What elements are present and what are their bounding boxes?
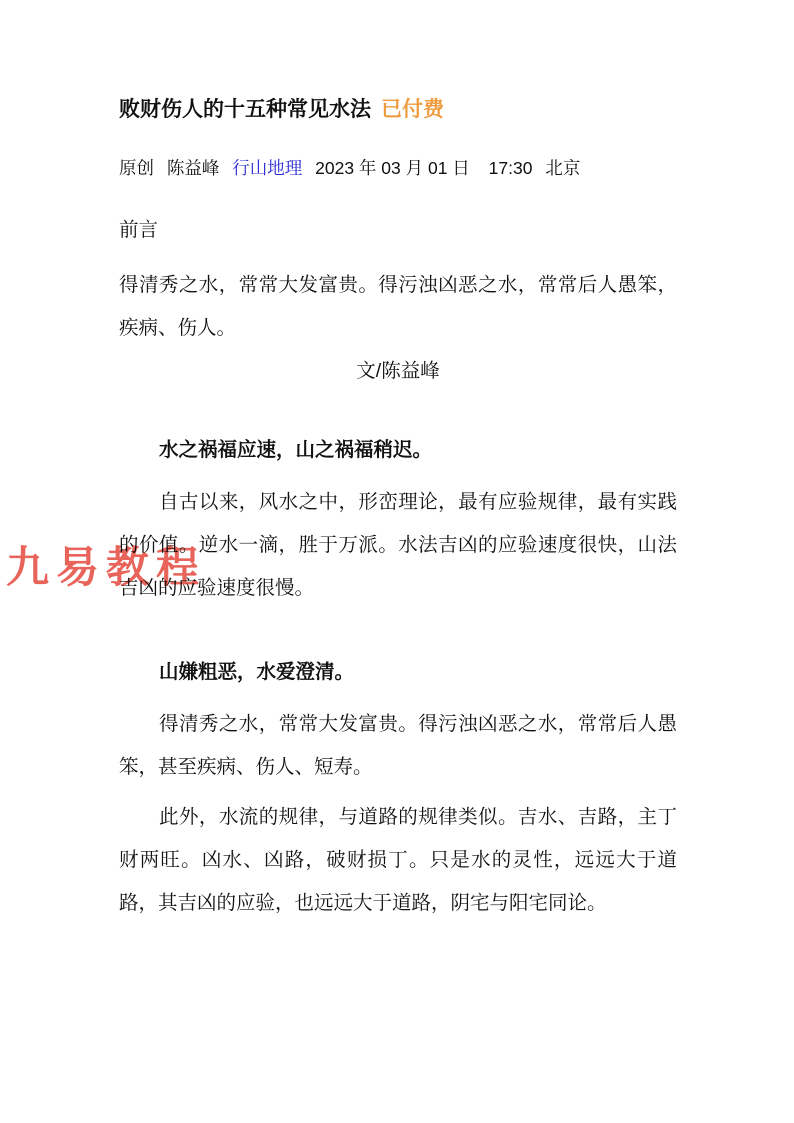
author-signature: 文/陈益峰 — [119, 350, 677, 393]
article-title-line: 败财伤人的十五种常见水法已付费 — [119, 95, 677, 125]
preface-heading: 前言 — [119, 209, 677, 252]
section-heading-2: 山嫌粗恶，水爱澄清。 — [119, 651, 677, 694]
byline: 原创 陈益峰 行山地理 2023 年 03 月 01 日 17:30 北京 — [119, 153, 677, 183]
author-name: 陈益峰 — [167, 158, 220, 178]
section-2-paragraph-2: 此外，水流的规律，与道路的规律类似。吉水、吉路，主丁财两旺。凶水、凶路，破财损丁… — [119, 796, 677, 925]
article-content: 败财伤人的十五种常见水法已付费 原创 陈益峰 行山地理 2023 年 03 月 … — [0, 0, 794, 925]
publish-time: 17:30 — [489, 158, 533, 178]
account-link[interactable]: 行山地理 — [232, 158, 302, 178]
page-title: 败财伤人的十五种常见水法 — [119, 98, 371, 121]
publish-location: 北京 — [545, 158, 580, 178]
paid-badge: 已付费 — [381, 98, 444, 121]
section-heading-1: 水之祸福应速，山之祸福稍迟。 — [119, 429, 677, 472]
publish-date: 2023 年 03 月 01 日 — [315, 158, 470, 178]
section-1-paragraph-1: 自古以来，风水之中，形峦理论，最有应验规律，最有实践的价值。逆水一滴，胜于万派。… — [119, 481, 677, 610]
section-2-paragraph-1: 得清秀之水，常常大发富贵。得污浊凶恶之水，常常后人愚笨，甚至疾病、伤人、短寿。 — [119, 703, 677, 789]
document-page: 九易教程 败财伤人的十五种常见水法已付费 原创 陈益峰 行山地理 2023 年 … — [0, 0, 794, 1123]
preface-paragraph: 得清秀之水，常常大发富贵。得污浊凶恶之水，常常后人愚笨，疾病、伤人。 — [119, 264, 677, 350]
original-label: 原创 — [119, 158, 154, 178]
